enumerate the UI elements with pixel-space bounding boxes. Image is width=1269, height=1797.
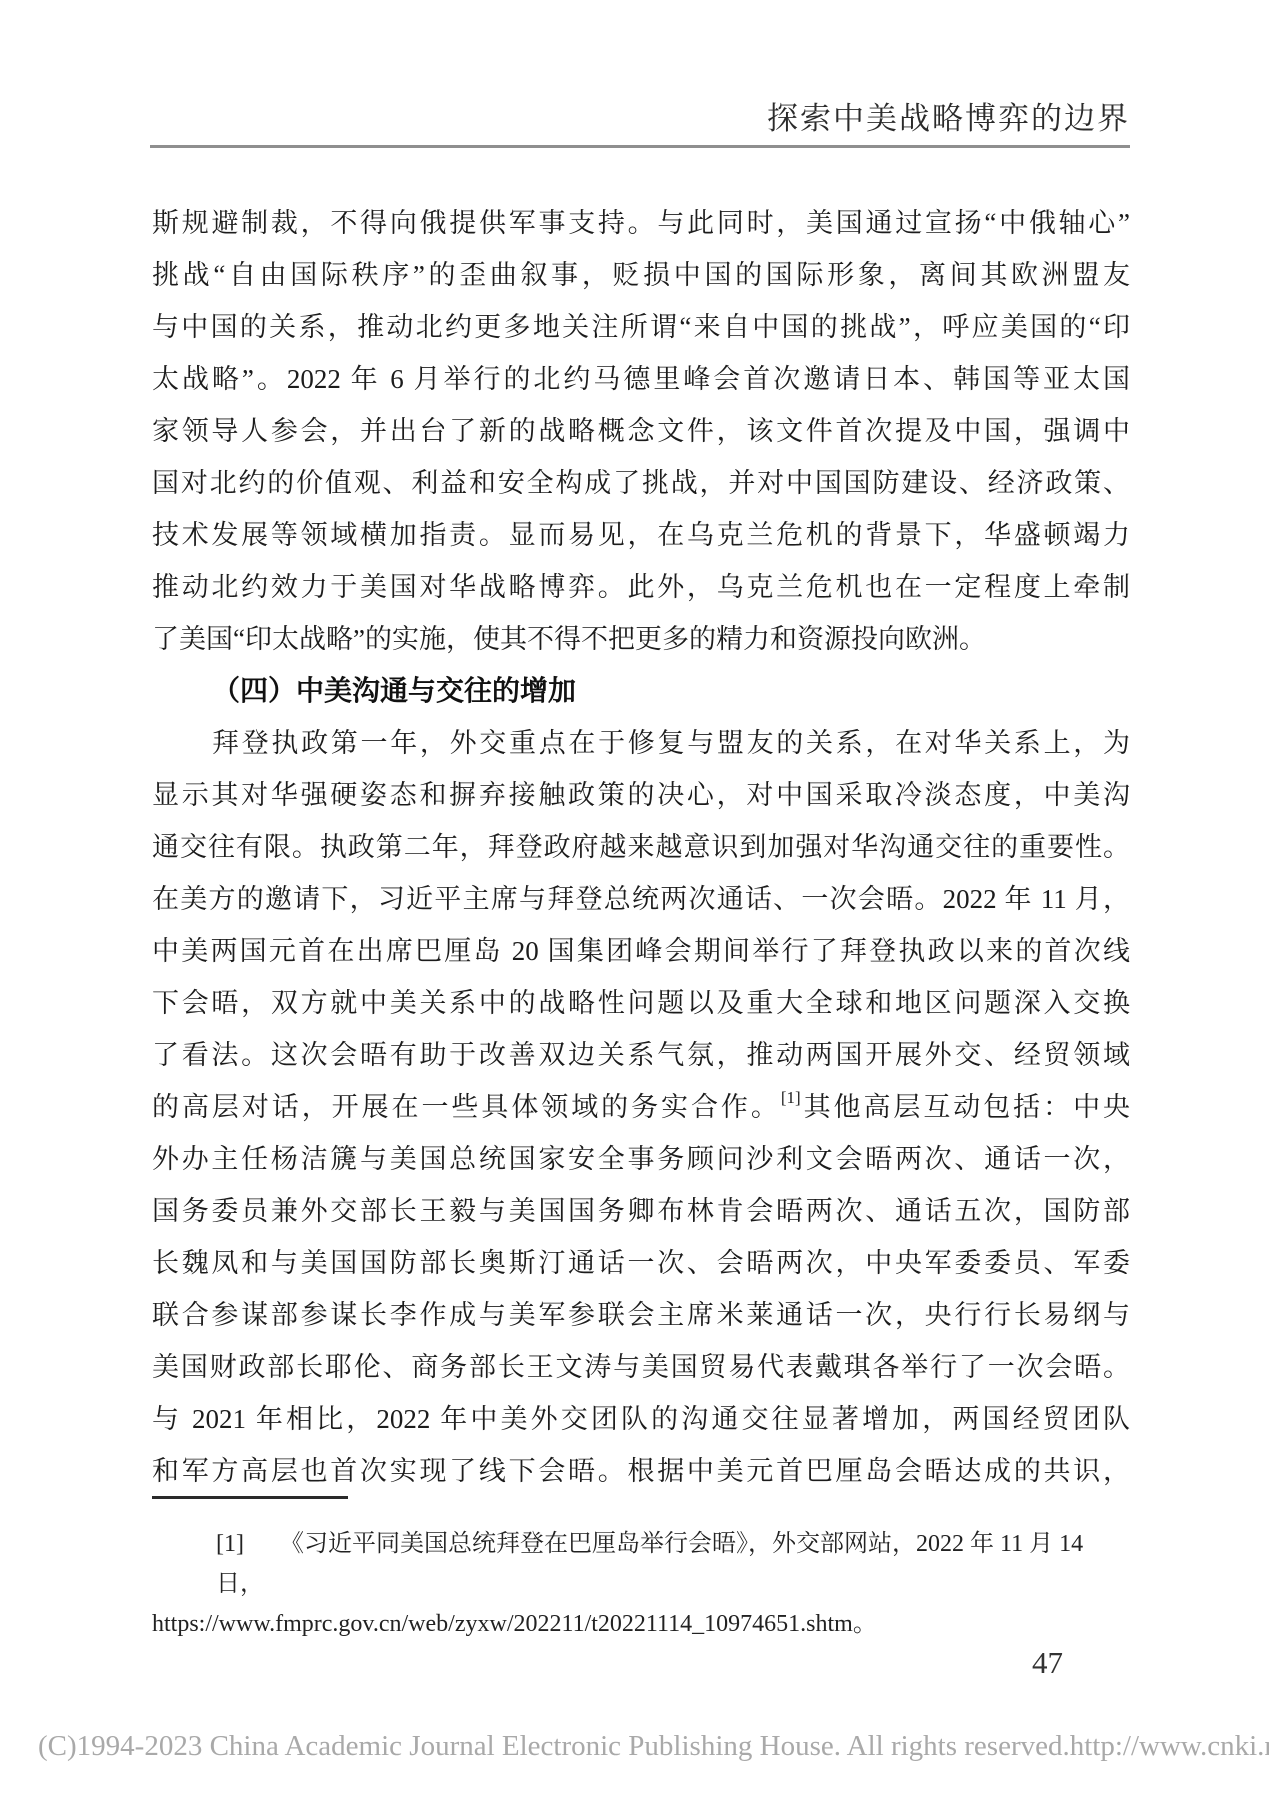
body-line: 与中国的关系，推动北约更多地关注所谓“来自中国的挑战”，呼应美国的“印 xyxy=(152,301,1130,353)
body-line: 太战略”。2022 年 6 月举行的北约马德里峰会首次邀请日本、韩国等亚太国 xyxy=(152,353,1130,405)
footnote-ref-line-pre: 的高层对话，开展在一些具体领域的务实合作。 xyxy=(152,1092,781,1122)
footer-site-url: http://www.cnki.net xyxy=(1070,1730,1269,1763)
footnote-marker: [1] xyxy=(216,1531,244,1557)
footnote-ref-line-post: 其他高层互动包括：中央 xyxy=(801,1092,1130,1122)
header-rule xyxy=(150,145,1130,148)
paragraph-1: 斯规避制裁，不得向俄提供军事支持。与此同时，美国通过宣扬“中俄轴心”挑战“自由国… xyxy=(152,197,1130,665)
body-line: 通交往有限。执政第二年，拜登政府越来越意识到加强对华沟通交往的重要性。 xyxy=(152,821,1130,873)
section-heading: （四）中美沟通与交往的增加 xyxy=(152,665,1130,717)
body-line: 斯规避制裁，不得向俄提供军事支持。与此同时，美国通过宣扬“中俄轴心” xyxy=(152,197,1130,249)
body-line: 中美两国元首在出席巴厘岛 20 国集团峰会期间举行了拜登执政以来的首次线 xyxy=(152,925,1130,977)
footnote-separator-rule xyxy=(152,1496,348,1499)
footnote-citation: 《习近平同美国总统拜登在巴厘岛举行会晤》，外交部网站，2022 年 11 月 1… xyxy=(216,1531,1083,1597)
body-line: 了美国“印太战略”的实施，使其不得不把更多的精力和资源投向欧洲。 xyxy=(152,613,1130,665)
body-line: 与 2021 年相比，2022 年中美外交团队的沟通交往显著增加，两国经贸团队 xyxy=(152,1393,1130,1445)
paragraph-2-part-a: 拜登执政第一年，外交重点在于修复与盟友的关系，在对华关系上，为显示其对华强硬姿态… xyxy=(152,717,1130,1081)
body-line: 了看法。这次会晤有助于改善双边关系气氛，推动两国开展外交、经贸领域 xyxy=(152,1029,1130,1081)
footer-copyright: (C)1994-2023 China Academic Journal Elec… xyxy=(38,1730,1070,1763)
body-line: 外办主任杨洁篪与美国总统国家安全事务顾问沙利文会晤两次、通话一次， xyxy=(152,1133,1130,1185)
footer-watermark: (C)1994-2023 China Academic Journal Elec… xyxy=(38,1730,1231,1763)
footnote-line-1: [1]《习近平同美国总统拜登在巴厘岛举行会晤》，外交部网站，2022 年 11 … xyxy=(152,1524,1130,1604)
body-text: 斯规避制裁，不得向俄提供军事支持。与此同时，美国通过宣扬“中俄轴心”挑战“自由国… xyxy=(152,197,1130,1497)
body-line: 拜登执政第一年，外交重点在于修复与盟友的关系，在对华关系上，为 xyxy=(152,717,1130,769)
body-line: 在美方的邀请下，习近平主席与拜登总统两次通话、一次会晤。2022 年 11 月， xyxy=(152,873,1130,925)
body-line-with-footnote-ref: 的高层对话，开展在一些具体领域的务实合作。[1]其他高层互动包括：中央 xyxy=(152,1081,1130,1133)
footnote-block: [1]《习近平同美国总统拜登在巴厘岛举行会晤》，外交部网站，2022 年 11 … xyxy=(152,1524,1130,1644)
body-line: 显示其对华强硬姿态和摒弃接触政策的决心，对中国采取冷淡态度，中美沟 xyxy=(152,769,1130,821)
footnote-reference-marker: [1] xyxy=(781,1088,801,1107)
body-line: 美国财政部长耶伦、商务部长王文涛与美国贸易代表戴琪各举行了一次会晤。 xyxy=(152,1341,1130,1393)
document-page: 探索中美战略博弈的边界 斯规避制裁，不得向俄提供军事支持。与此同时，美国通过宣扬… xyxy=(0,0,1269,1797)
paragraph-2-part-b: 外办主任杨洁篪与美国总统国家安全事务顾问沙利文会晤两次、通话一次，国务委员兼外交… xyxy=(152,1133,1130,1497)
body-line: 国务委员兼外交部长王毅与美国国务卿布林肯会晤两次、通话五次，国防部 xyxy=(152,1185,1130,1237)
body-line: 技术发展等领域横加指责。显而易见，在乌克兰危机的背景下，华盛顿竭力 xyxy=(152,509,1130,561)
body-line: 家领导人参会，并出台了新的战略概念文件，该文件首次提及中国，强调中 xyxy=(152,405,1130,457)
body-line: 联合参谋部参谋长李作成与美军参联会主席米莱通话一次，央行行长易纲与 xyxy=(152,1289,1130,1341)
footnote-url: https://www.fmprc.gov.cn/web/zyxw/202211… xyxy=(152,1604,1130,1644)
body-line: 推动北约效力于美国对华战略博弈。此外，乌克兰危机也在一定程度上牵制 xyxy=(152,561,1130,613)
running-header-title: 探索中美战略博弈的边界 xyxy=(767,100,1130,138)
body-line: 挑战“自由国际秩序”的歪曲叙事，贬损中国的国际形象，离间其欧洲盟友 xyxy=(152,249,1130,301)
page-number: 47 xyxy=(0,1645,1269,1681)
body-line: 和军方高层也首次实现了线下会晤。根据中美元首巴厘岛会晤达成的共识， xyxy=(152,1445,1130,1497)
body-line: 长魏凤和与美国国防部长奥斯汀通话一次、会晤两次，中央军委委员、军委 xyxy=(152,1237,1130,1289)
body-line: 下会晤，双方就中美关系中的战略性问题以及重大全球和地区问题深入交换 xyxy=(152,977,1130,1029)
body-line: 国对北约的价值观、利益和安全构成了挑战，并对中国国防建设、经济政策、 xyxy=(152,457,1130,509)
